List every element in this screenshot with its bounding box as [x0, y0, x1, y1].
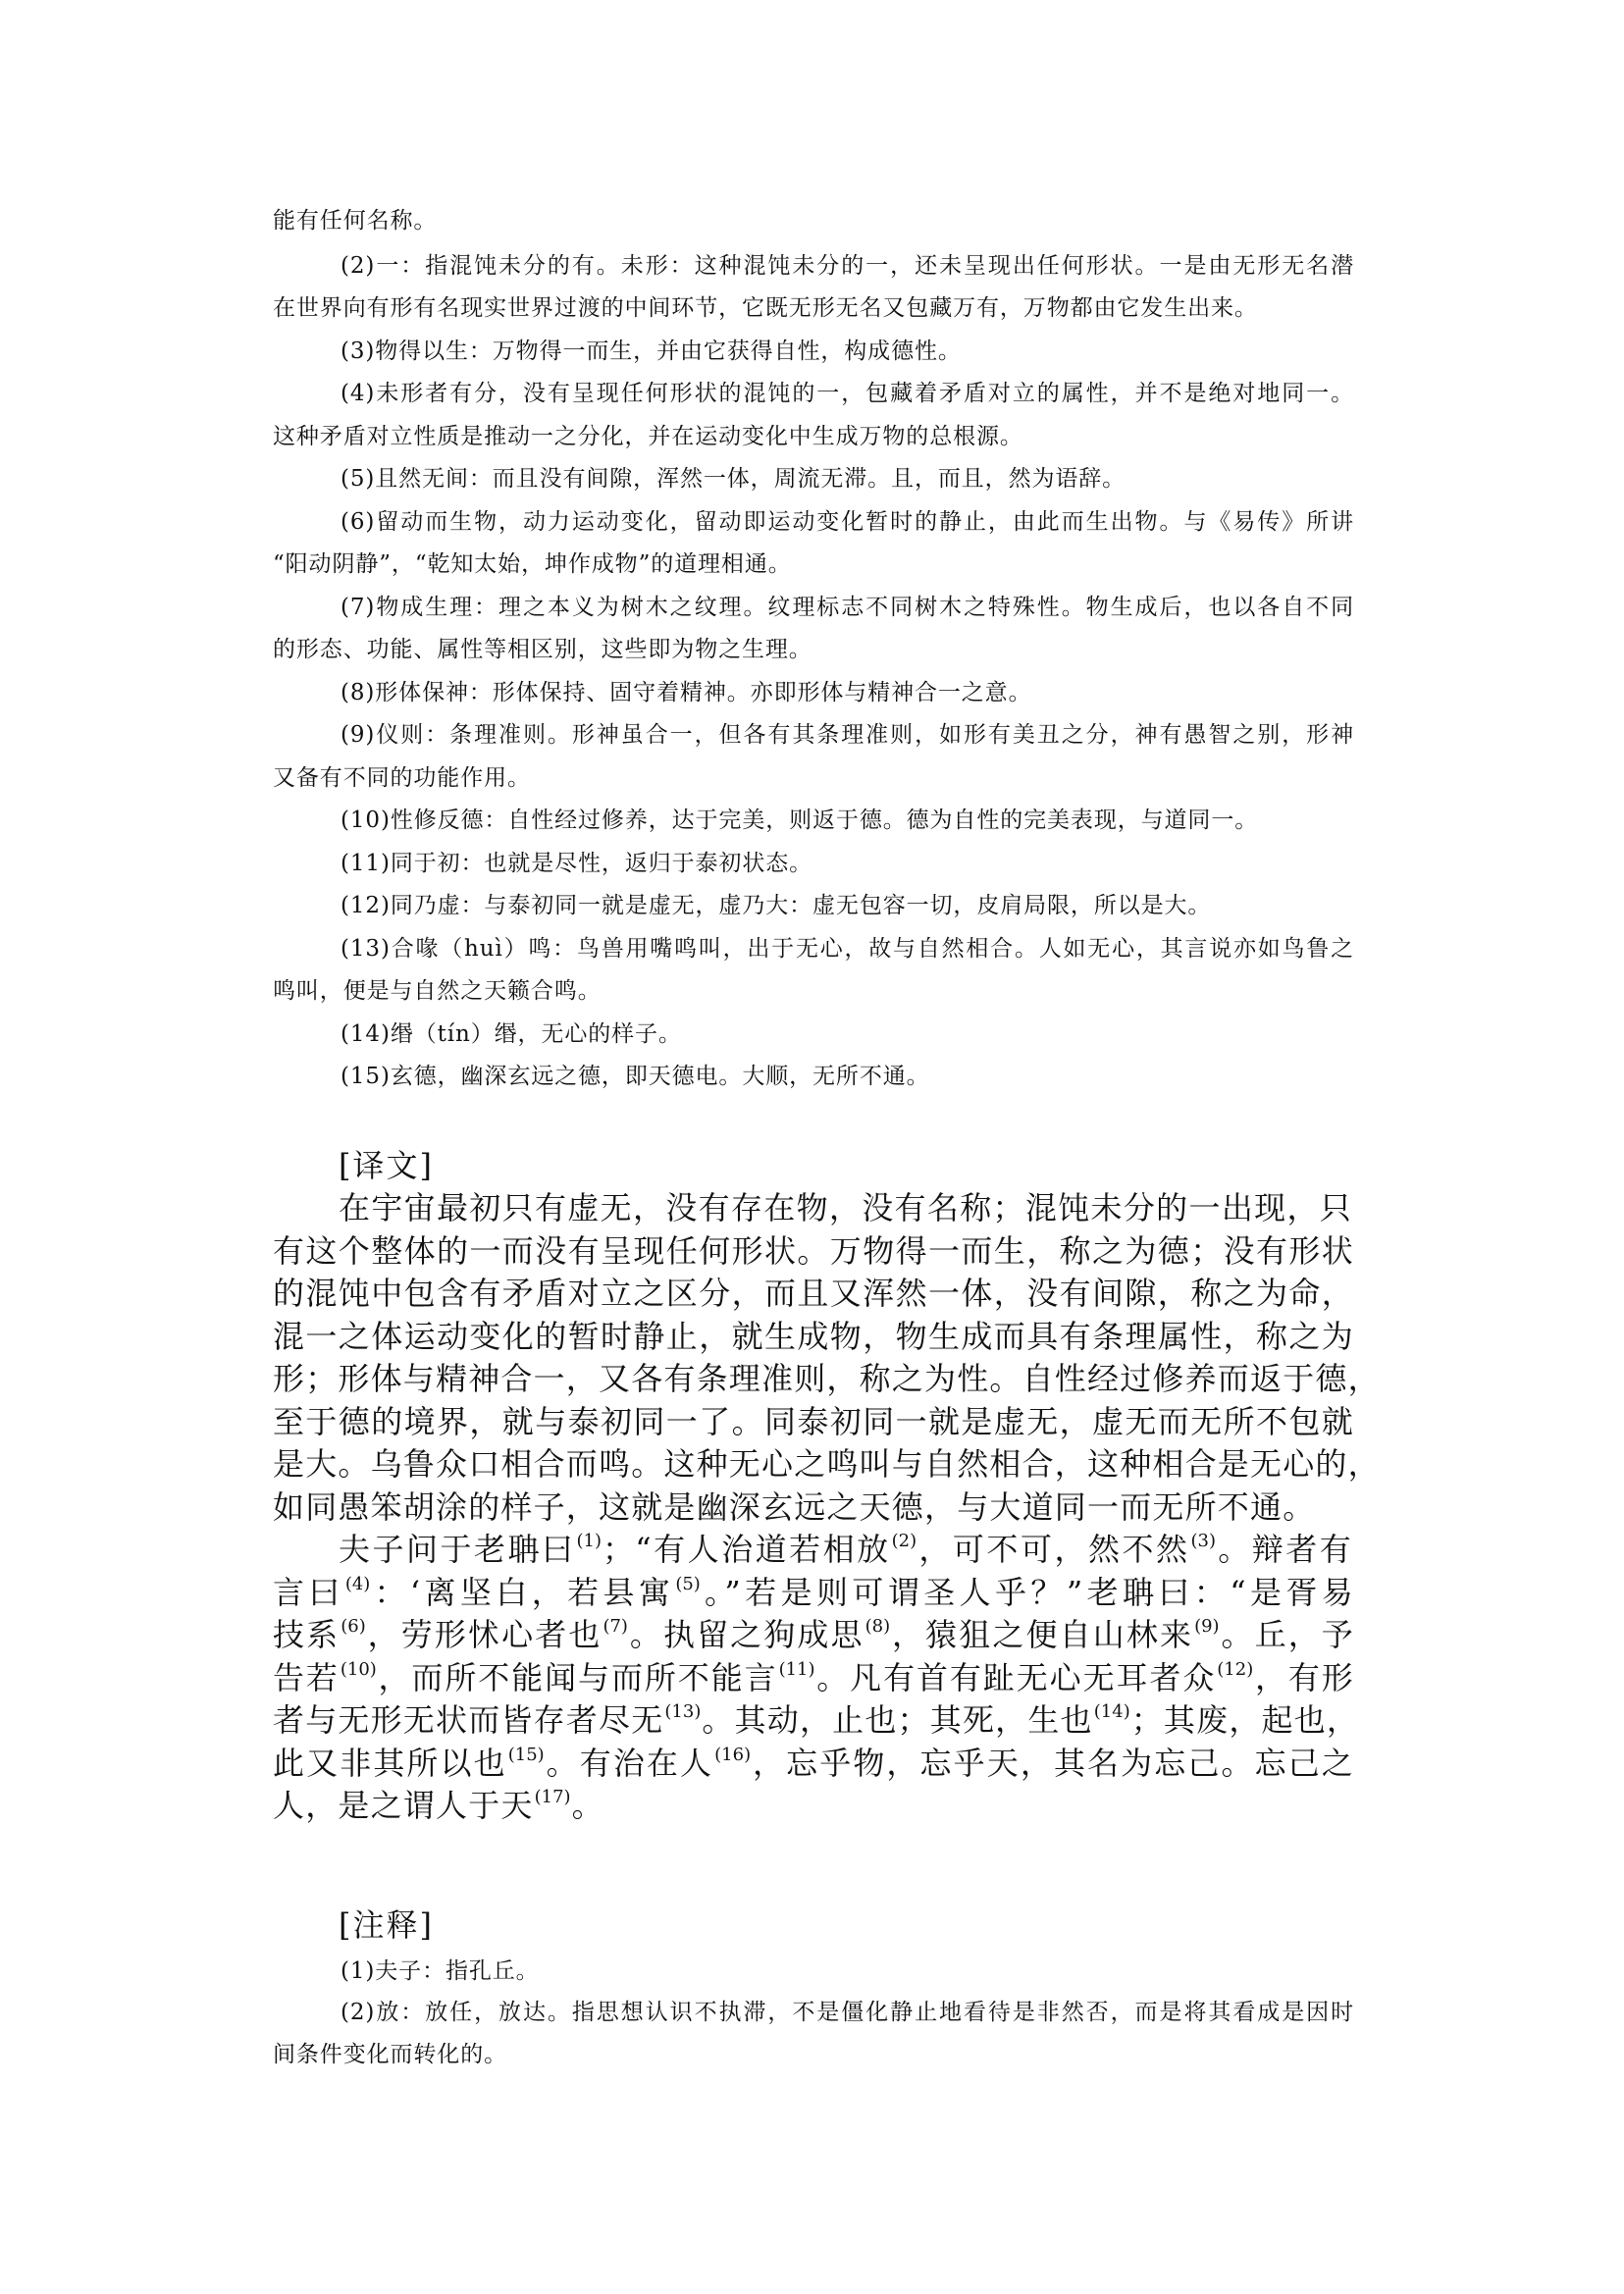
text-segment: 者与无形无状而皆存者尽无 [273, 1701, 663, 1739]
note-line: (9)仪则：条理准则。形神虽合一，但各有其条理准则，如形有美丑之分，神有愚智之别… [341, 724, 1354, 747]
translation-line: 混一之体运动变化的暂时静止，就生成物，物生成而具有条理属性，称之为 [273, 1321, 1354, 1352]
translation-line: 如同愚笨胡涂的样子，这就是幽深玄远之天德，与大道同一而无所不通。 [273, 1491, 1315, 1523]
note-line: (3)物得以生：万物得一而生，并由它获得自性，构成德性。 [341, 340, 962, 363]
text-segment: 。丘，予 [1221, 1616, 1354, 1653]
footnote-ref[interactable]: (4) [345, 1574, 371, 1594]
footnote-ref[interactable]: (12) [1217, 1659, 1253, 1680]
text-segment: 。辩者有 [1217, 1531, 1352, 1568]
note-line: (7)物成生理：理之本义为树木之纹理。纹理标志不同树木之特殊性。物生成后，也以各… [341, 597, 1354, 619]
translation-line: 是大。乌鲁众口相合而鸣。这种无心之鸣叫与自然相合，这种相合是无心的， [273, 1448, 1354, 1480]
text-segment: ，而所不能闻与而所不能言 [378, 1659, 778, 1696]
original-line: 此又非其所以也(15)。有治在人(16)，忘乎物，忘乎天，其名为忘己。忘己之 [273, 1747, 1354, 1779]
note-line: 能有任何名称。 [273, 210, 437, 233]
footnote-ref[interactable]: (14) [1094, 1701, 1130, 1722]
footnote-ref[interactable]: (11) [779, 1659, 815, 1680]
note-line: 又备有不同的功能作用。 [273, 767, 531, 790]
footnote-ref[interactable]: (10) [341, 1659, 377, 1680]
footnote-ref[interactable]: (7) [602, 1616, 628, 1637]
translation-line: 的混饨中包含有矛盾对立之区分，而且又浑然一体，没有间隙，称之为命， [273, 1277, 1354, 1309]
document-page: 能有任何名称。 (2)一：指混饨未分的有。未形：这种混饨未分的一，还未呈现出任何… [0, 0, 1624, 2294]
note-line: (10)性修反德：自性经过修养，达于完美，则返于德。德为自性的完美表现，与道同一… [341, 809, 1258, 832]
translation-line: 形；形体与精神合一，又各有条理准则，称之为性。自性经过修养而返于德， [273, 1363, 1354, 1394]
footnote-ref[interactable]: (8) [865, 1616, 891, 1637]
footnote-ref[interactable]: (15) [508, 1745, 545, 1765]
text-segment: 夫子问于老聃曰 [339, 1531, 576, 1568]
footnote-ref[interactable]: (16) [714, 1745, 751, 1765]
text-segment: 。执留之狗成思 [629, 1616, 864, 1653]
note-line: (14)缗（tín）缗，无心的样子。 [341, 1023, 682, 1046]
footnote-ref[interactable]: (5) [675, 1574, 701, 1594]
original-line: 言曰(4)：‘离坚白，若县寓(5)。”若是则可谓圣人乎？”老聃曰：“是胥易 [273, 1577, 1354, 1608]
note-line: 在世界向有形有名现实世界过渡的中间环节，它既无形无名又包藏万有，万物都由它发生出… [273, 297, 1258, 320]
text-segment: 。 [572, 1787, 604, 1824]
note-line: 这种矛盾对立性质是推动一之分化，并在运动变化中生成万物的总根源。 [273, 426, 1023, 448]
original-line: 人，是之谓人于天(17)。 [273, 1790, 604, 1821]
footnote-ref[interactable]: (17) [535, 1787, 571, 1807]
text-segment: ：‘离坚白，若县寓 [371, 1574, 674, 1611]
text-segment: ，有形 [1254, 1659, 1354, 1696]
text-segment: ，忘乎物，忘乎天，其名为忘己。忘己之 [752, 1745, 1354, 1782]
text-segment: 。有治在人 [546, 1745, 713, 1782]
original-line: 技系(6)，劳形怵心者也(7)。执留之狗成思(8)，猿狙之便自山林来(9)。丘，… [273, 1619, 1354, 1650]
note-line: 间条件变化而转化的。 [273, 2044, 507, 2066]
note-line: (4)未形者有分，没有呈现任何形状的混饨的一，包藏着矛盾对立的属性，并不是绝对地… [341, 383, 1354, 405]
note-line: (12)同乃虚：与泰初同一就是虚无，虚乃大：虚无包容一切，皮肩局限，所以是大。 [341, 895, 1211, 917]
text-segment: 人，是之谓人于天 [273, 1787, 534, 1824]
note-line: (2)一：指混饨未分的有。未形：这种混饨未分的一，还未呈现出任何形状。一是由无形… [341, 255, 1354, 278]
notes-heading: [注释] [339, 1909, 434, 1941]
text-segment: ；其废，起也， [1131, 1701, 1359, 1739]
note-line: 鸣叫，便是与自然之天籁合鸣。 [273, 980, 602, 1003]
note-line: (8)形体保神：形体保持、固守着精神。亦即形体与精神合一之意。 [341, 682, 1031, 704]
note-line: (11)同于初：也就是尽性，返归于泰初状态。 [341, 853, 812, 875]
note-line: (6)留动而生物，动力运动变化，留动即运动变化暂时的静止，由此而生出物。与《易传… [341, 511, 1354, 534]
text-segment: 。其动，止也；其死，生也 [702, 1701, 1092, 1739]
footnote-ref[interactable]: (9) [1194, 1616, 1220, 1637]
text-segment: 。凡有首有趾无心无耳者众 [816, 1659, 1217, 1696]
note-line: (13)合喙（huì）鸣：鸟兽用嘴鸣叫，出于无心，故与自然相合。人如无心，其言说… [341, 938, 1354, 961]
text-segment: 此又非其所以也 [273, 1745, 507, 1782]
translation-heading: [译文] [339, 1150, 434, 1181]
text-segment: ，可不可，然不然 [917, 1531, 1189, 1568]
translation-line: 在宇宙最初只有虚无，没有存在物，没有名称；混饨未分的一出现，只 [339, 1192, 1352, 1224]
note-line: (5)且然无间：而且没有间隙，浑然一体，周流无滞。且，而且，然为语辞。 [341, 468, 1126, 491]
note-line: “阳动阴静”，“乾知太始，坤作成物”的道理相通。 [273, 553, 792, 576]
text-segment: 。”若是则可谓圣人乎？”老聃曰：“是胥易 [702, 1574, 1354, 1611]
note-line: 的形态、功能、属性等相区别，这些即为物之生理。 [273, 639, 812, 661]
footnote-ref[interactable]: (13) [664, 1701, 701, 1722]
text-segment: ，劳形怵心者也 [367, 1616, 602, 1653]
text-segment: ，猿狙之便自山林来 [891, 1616, 1193, 1653]
footnote-ref[interactable]: (6) [341, 1616, 366, 1637]
note-line: (2)放：放任，放达。指思想认识不执滞，不是僵化静止地看待是非然否，而是将其看成… [341, 2002, 1354, 2024]
translation-line: 有这个整体的一而没有呈现任何形状。万物得一而生，称之为德；没有形状 [273, 1235, 1354, 1267]
text-segment: ；“有人治道若相放 [602, 1531, 891, 1568]
footnote-ref[interactable]: (3) [1190, 1531, 1216, 1551]
original-line: 者与无形无状而皆存者尽无(13)。其动，止也；其死，生也(14)；其废，起也， [273, 1704, 1354, 1736]
original-line: 告若(10)，而所不能闻与而所不能言(11)。凡有首有趾无心无耳者众(12)，有… [273, 1662, 1354, 1694]
footnote-ref[interactable]: (2) [892, 1531, 917, 1551]
original-line: 夫子问于老聃曰(1)；“有人治道若相放(2)，可不可，然不然(3)。辩者有 [339, 1534, 1352, 1565]
footnote-ref[interactable]: (1) [577, 1531, 602, 1551]
translation-line: 至于德的境界，就与泰初同一了。同泰初同一就是虚无，虚无而无所不包就 [273, 1406, 1354, 1437]
note-line: (15)玄德，幽深玄远之德，即天德电。大顺，无所不通。 [341, 1066, 930, 1088]
text-segment: 告若 [273, 1659, 340, 1696]
text-segment: 技系 [273, 1616, 340, 1653]
text-segment: 言曰 [273, 1574, 344, 1611]
note-line: (1)夫子：指孔丘。 [341, 1960, 540, 1983]
